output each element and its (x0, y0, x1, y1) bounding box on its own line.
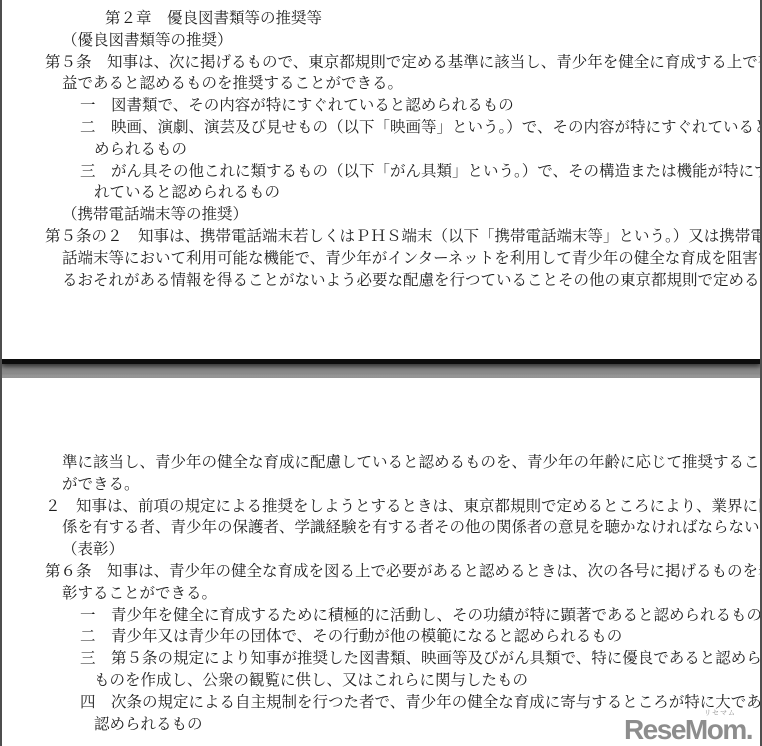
text-line: ２ 知事は、前項の規定による推奨をしようとするときは、東京都規則で定めるところに… (2, 496, 760, 518)
text-line: 準に該当し、青少年の健全な育成に配慮していると認めるものを、青少年の年齢に応じて… (2, 452, 760, 474)
text-line: 第５条 知事は、次に掲げるもので、東京都規則で定める基準に該当し、青少年を健全に… (2, 52, 760, 74)
list-item: 三 第５条の規定により知事が推奨した図書類、映画等及びがん具類で、特に優良である… (2, 648, 760, 670)
resemom-logo-ruby: リセマム (704, 710, 736, 717)
text-line: ものを作成し、公衆の観覧に供し、又はこれらに関与したもの (2, 670, 760, 692)
text-line: 彰することができる。 (2, 583, 760, 605)
text-line: るおそれがある情報を得ることがないよう必要な配慮を行つていることその他の東京都規… (2, 270, 760, 292)
text-line: 話端末等において利用可能な機能で、青少年がインターネットを利用して青少年の健全な… (2, 248, 760, 270)
document-page-1: 第２章 優良図書類等の推奨等 （優良図書類等の推奨） 第５条 知事は、次に掲げる… (2, 0, 760, 364)
text-line: められるもの (2, 139, 760, 161)
text-line: 第６条 知事は、青少年の健全な育成を図る上で必要があると認めるときは、次の各号に… (2, 561, 760, 583)
section-label: （携帯電話端末等の推奨） (2, 204, 760, 226)
section-label: （優良図書類等の推奨） (2, 30, 760, 52)
list-item: 三 がん具その他これに類するもの（以下「がん具類」という。）で、その構造または機… (2, 161, 760, 183)
chapter-heading: 第２章 優良図書類等の推奨等 (2, 8, 760, 30)
section-label: （表彰） (2, 539, 760, 561)
list-item: 四 次条の規定による自主規制を行つた者で、青少年の健全な育成に寄与するところが特… (2, 692, 760, 714)
text-line: 益であると認めるものを推奨することができる。 (2, 73, 760, 95)
resemom-logo: リセマム ReseMom. (624, 716, 752, 744)
list-item: 一 図書類で、その内容が特にすぐれていると認められるもの (2, 95, 760, 117)
list-item: 二 映画、演劇、演芸及び見せもの（以下「映画等」という。）で、その内容が特にすぐ… (2, 117, 760, 139)
list-item: 一 青少年を健全に育成するために積極的に活動し、その功績が特に顕著であると認めら… (2, 605, 760, 627)
document-viewer: 第２章 優良図書類等の推奨等 （優良図書類等の推奨） 第５条 知事は、次に掲げる… (0, 0, 762, 746)
text-line: 係を有する者、青少年の保護者、学識経験を有する者その他の関係者の意見を聴かなけれ… (2, 517, 760, 539)
page-gap (2, 364, 760, 378)
list-item: 二 青少年又は青少年の団体で、その行動が他の模範になると認められるもの (2, 626, 760, 648)
document-page-2: 準に該当し、青少年の健全な育成に配慮していると認めるものを、青少年の年齢に応じて… (2, 378, 760, 746)
text-line: ができる。 (2, 474, 760, 496)
text-line: 第５条の２ 知事は、携帯電話端末若しくはＰＨＳ端末（以下「携帯電話端末等」という… (2, 226, 760, 248)
resemom-logo-text: ReseMom. (624, 714, 752, 745)
text-line: れていると認められるもの (2, 182, 760, 204)
